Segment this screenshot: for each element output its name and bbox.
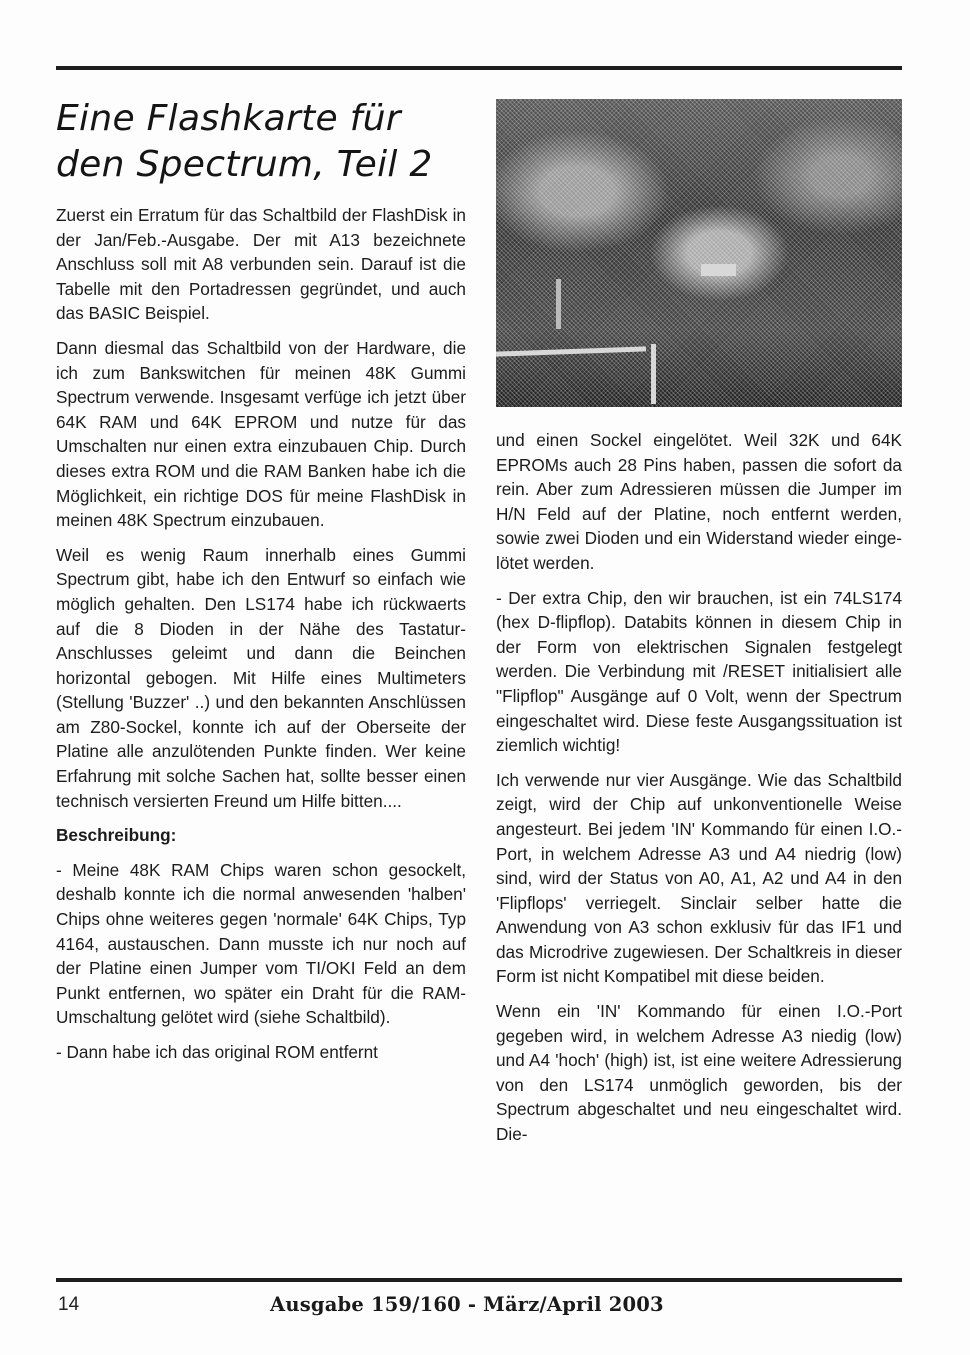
paragraph: Ich verwende nur vier Ausgänge. Wie das … [496, 768, 902, 989]
top-rule [56, 66, 902, 70]
right-column: und einen Sockel eingelötet. Weil 32K un… [496, 428, 902, 1157]
photo-wire [651, 344, 656, 404]
paragraph: - Der extra Chip, den wir brauchen, ist … [496, 586, 902, 758]
paragraph: Wenn ein 'IN' Kommando für einen I.O.-Po… [496, 999, 902, 1147]
bottom-rule [56, 1278, 902, 1282]
paragraph: und einen Sockel eingelötet. Weil 32K un… [496, 428, 902, 576]
photo-resistor [556, 279, 561, 329]
section-heading: Beschreibung: [56, 823, 466, 848]
photo-chip-label [701, 264, 736, 276]
issue-label: Ausgabe 159/160 - März/April 2003 [270, 1293, 664, 1316]
photo-wire [496, 346, 646, 356]
paragraph: - Dann habe ich das original ROM entfern… [56, 1040, 466, 1065]
paragraph: - Meine 48K RAM Chips waren schon ge­soc… [56, 858, 466, 1030]
paragraph: Weil es wenig Raum innerhalb eines Gum­m… [56, 543, 466, 814]
article-title: Eine Flashkarte für den Spectrum, Teil 2 [56, 96, 476, 188]
paragraph: Zuerst ein Erratum für das Schaltbild de… [56, 203, 466, 326]
left-column: Zuerst ein Erratum für das Schaltbild de… [56, 203, 466, 1075]
paragraph: Dann diesmal das Schaltbild von der Hard… [56, 336, 466, 533]
page-number: 14 [58, 1294, 79, 1316]
circuit-board-photo [496, 99, 902, 407]
